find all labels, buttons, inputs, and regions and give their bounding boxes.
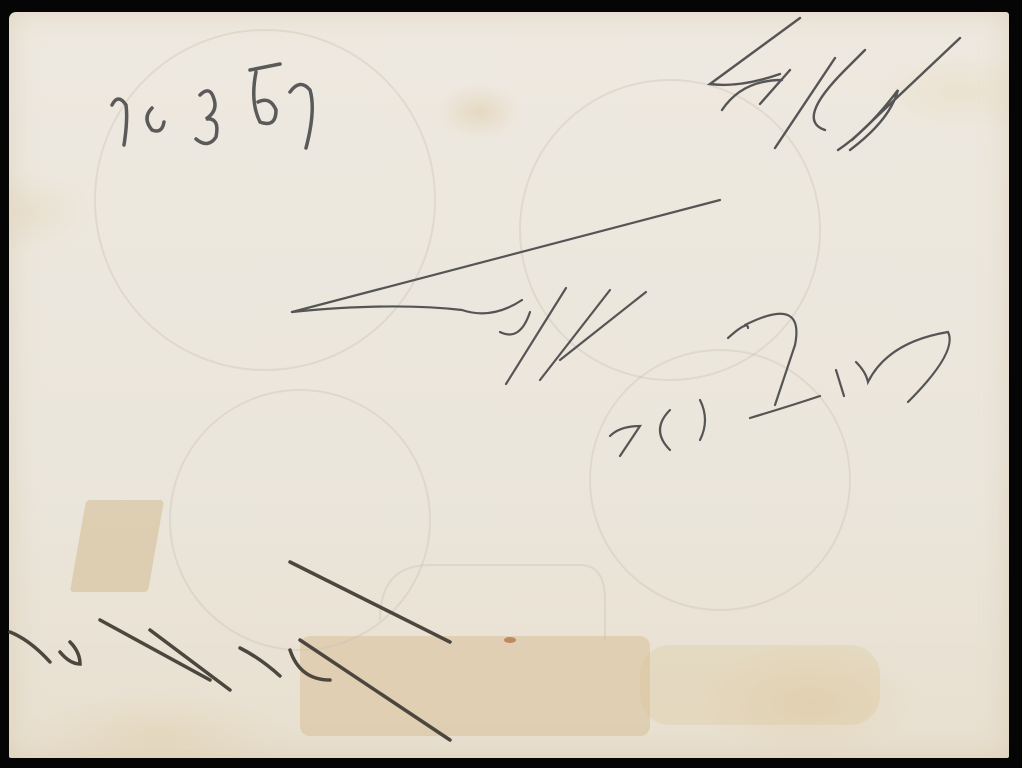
pencil-marks [0,0,1022,768]
signature-top-right [710,18,960,150]
number-annotation [112,64,312,148]
postmark-ghosts [95,30,850,650]
script-bottom [10,562,450,740]
signature-center [292,200,720,384]
script-right [610,314,950,456]
